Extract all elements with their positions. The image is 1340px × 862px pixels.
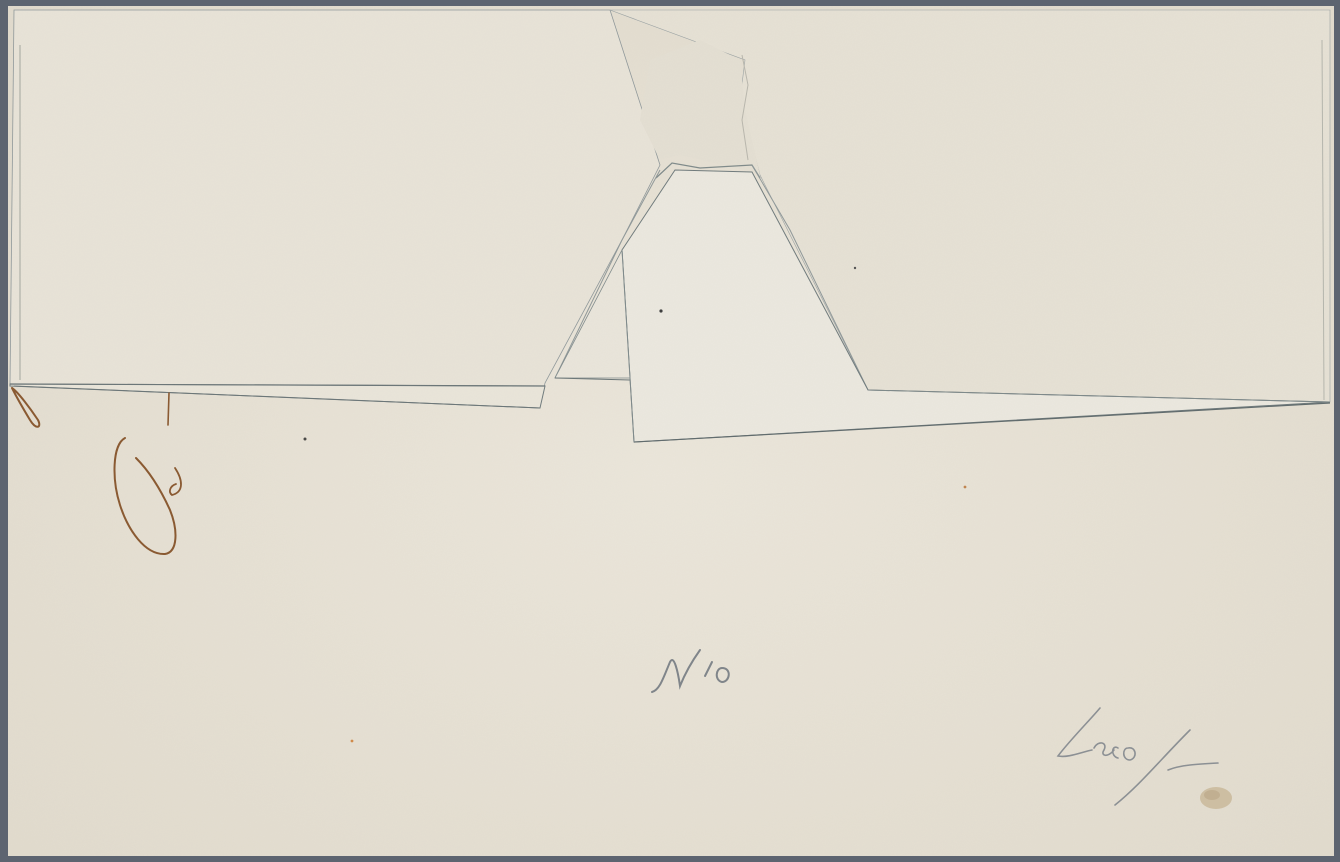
letter-folds-and-marks <box>0 0 1340 862</box>
letter-photo: Q N 10 Ueco / <box>0 0 1340 862</box>
